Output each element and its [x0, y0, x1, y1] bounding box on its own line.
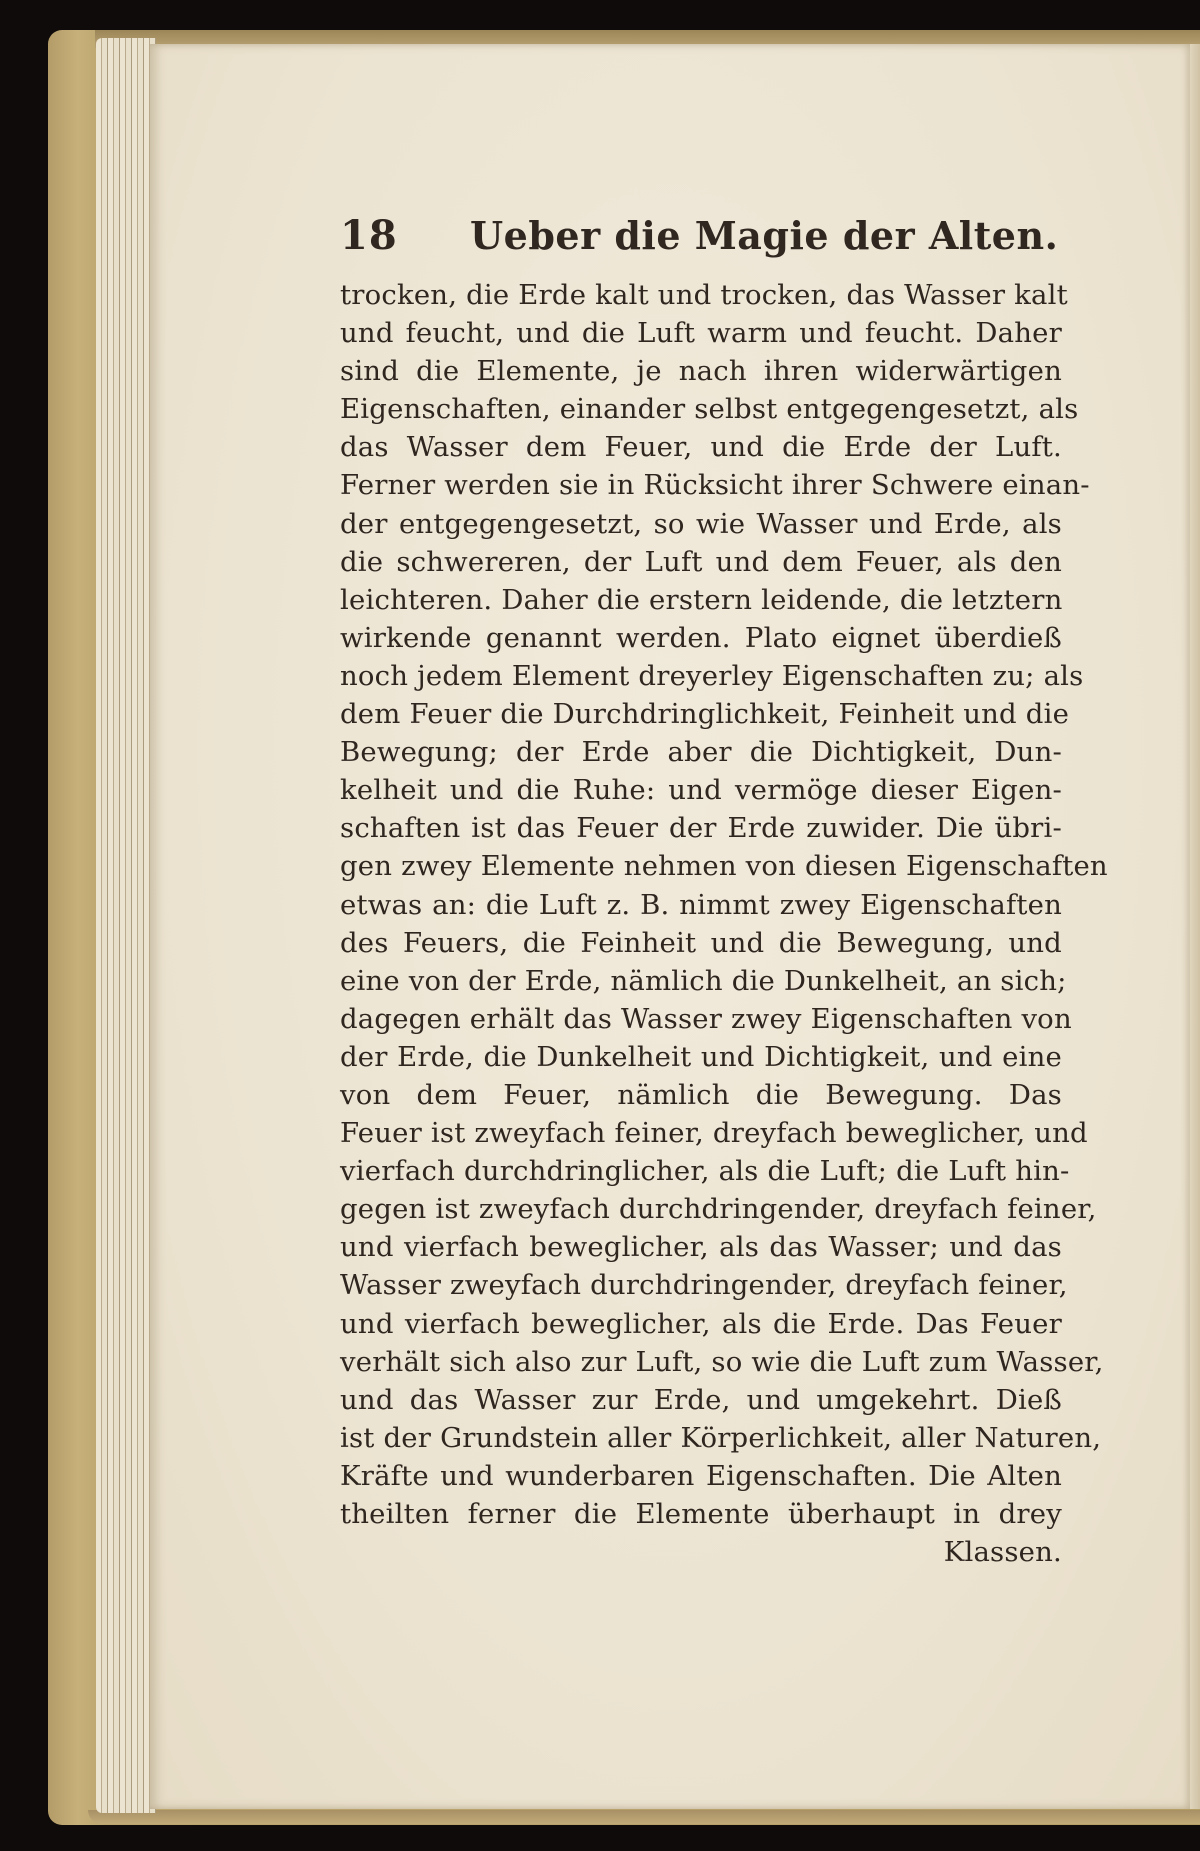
- text-line: und feucht, und die Luft warm und feucht…: [340, 314, 1062, 352]
- text-line: Wasser zweyfach durchdringender, dreyfac…: [340, 1266, 1062, 1304]
- text-line: Bewegung; der Erde aber die Dichtigkeit,…: [340, 733, 1062, 771]
- text-line: Ferner werden sie in Rücksicht ihrer Sch…: [340, 466, 1062, 504]
- text-line: vierfach durchdringlicher, als die Luft;…: [340, 1152, 1062, 1190]
- text-line: eine von der Erde, nämlich die Dunkelhei…: [340, 962, 1062, 1000]
- text-line: dagegen erhält das Wasser zwey Eigenscha…: [340, 1000, 1062, 1038]
- text-line: das Wasser dem Feuer, und die Erde der L…: [340, 428, 1062, 466]
- text-line: schaften ist das Feuer der Erde zuwider.…: [340, 809, 1062, 847]
- running-head: 18 Ueber die Magie der Alten.: [340, 212, 1080, 272]
- text-line: der Erde, die Dunkelheit und Dichtigkeit…: [340, 1038, 1062, 1076]
- text-line: von dem Feuer, nämlich die Bewegung. Das: [340, 1076, 1062, 1114]
- text-line: der entgegengesetzt, so wie Wasser und E…: [340, 505, 1062, 543]
- text-line: theilten ferner die Elemente überhaupt i…: [340, 1495, 1062, 1533]
- book-cover-bottom-edge: [88, 1810, 1200, 1824]
- page-gutter-edge: [1190, 44, 1200, 1809]
- text-line: verhält sich also zur Luft, so wie die L…: [340, 1343, 1062, 1381]
- page-stack-edges: [96, 38, 156, 1813]
- catchword: Klassen.: [340, 1533, 1062, 1571]
- text-line: trocken, die Erde kalt und trocken, das …: [340, 276, 1062, 314]
- body-text: trocken, die Erde kalt und trocken, das …: [340, 276, 1062, 1571]
- page-number: 18: [340, 212, 470, 259]
- text-line: sind die Elemente, je nach ihren widerwä…: [340, 352, 1062, 390]
- text-line: gen zwey Elemente nehmen von diesen Eige…: [340, 847, 1062, 885]
- text-line: dem Feuer die Durchdringlichkeit, Feinhe…: [340, 695, 1062, 733]
- text-line: Feuer ist zweyfach feiner, dreyfach bewe…: [340, 1114, 1062, 1152]
- text-line: wirkende genannt werden. Plato eignet üb…: [340, 619, 1062, 657]
- text-line: Eigenschaften, einander selbst entgegeng…: [340, 390, 1062, 428]
- text-line: Kräfte und wunderbaren Eigenschaften. Di…: [340, 1457, 1062, 1495]
- text-line: und vierfach beweglicher, als die Erde. …: [340, 1305, 1062, 1343]
- text-line: kelheit und die Ruhe: und vermöge dieser…: [340, 771, 1062, 809]
- text-line: leichteren. Daher die erstern leidende, …: [340, 581, 1062, 619]
- text-line: und das Wasser zur Erde, und umgekehrt. …: [340, 1381, 1062, 1419]
- text-line: etwas an: die Luft z. B. nimmt zwey Eige…: [340, 886, 1062, 924]
- text-line: noch jedem Element dreyerley Eigenschaft…: [340, 657, 1062, 695]
- text-line: und vierfach beweglicher, als das Wasser…: [340, 1228, 1062, 1266]
- text-line: ist der Grundstein aller Körperlichkeit,…: [340, 1419, 1062, 1457]
- text-line: des Feuers, die Feinheit und die Bewegun…: [340, 924, 1062, 962]
- running-head-title: Ueber die Magie der Alten.: [470, 213, 1058, 258]
- text-line: die schwereren, der Luft und dem Feuer, …: [340, 543, 1062, 581]
- text-line: gegen ist zweyfach durchdringender, drey…: [340, 1190, 1062, 1228]
